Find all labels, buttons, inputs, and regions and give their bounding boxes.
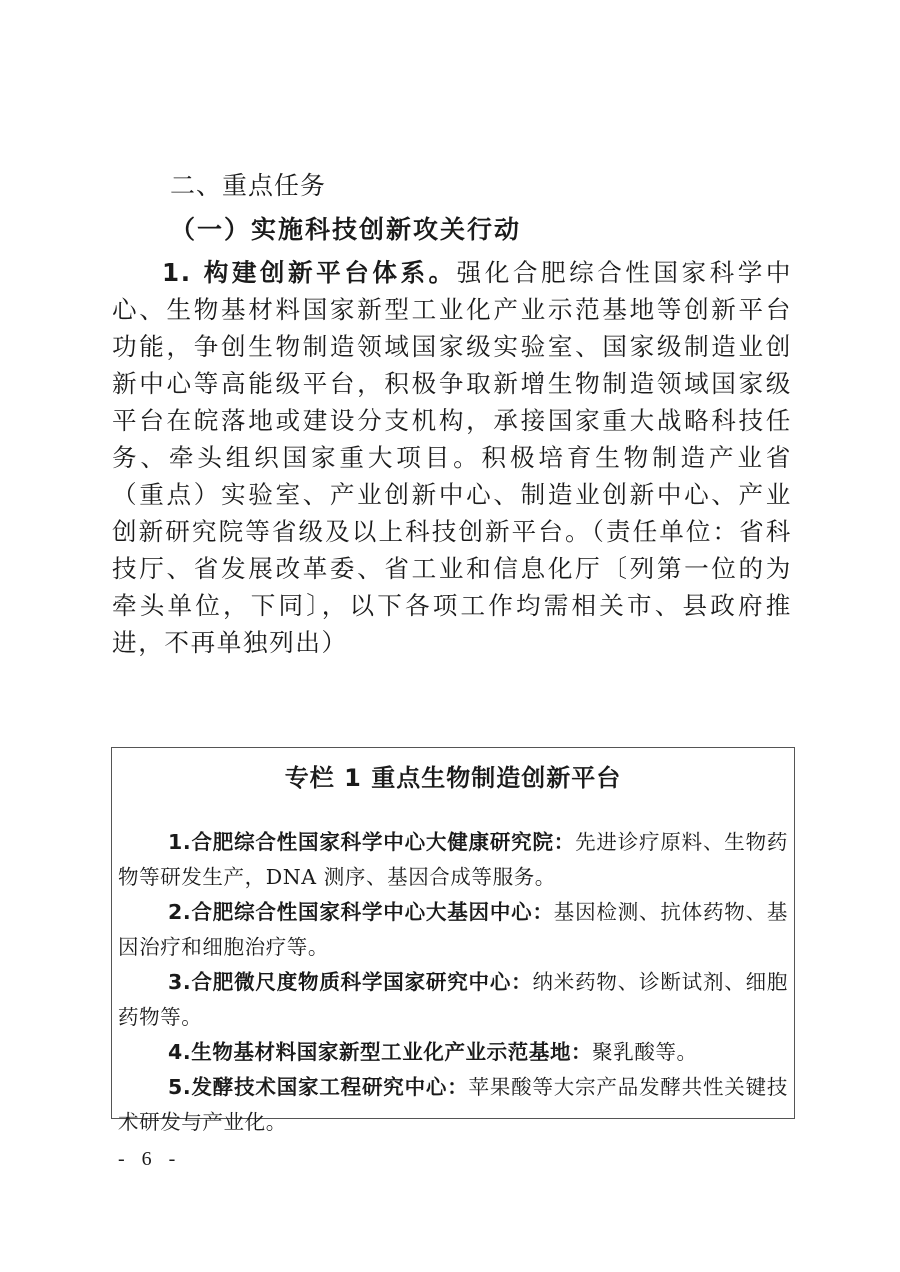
- page-number: - 6 -: [118, 1148, 181, 1171]
- box-title: 专栏 1 重点生物制造创新平台: [112, 758, 794, 793]
- box-item: 5.发酵技术国家工程研究中心：苹果酸等大宗产品发酵共性关键技术研发与产业化。: [118, 1070, 788, 1140]
- box-item-name: 5.发酵技术国家工程研究中心：: [168, 1075, 469, 1099]
- box-item: 1.合肥综合性国家科学中心大健康研究院：先进诊疗原料、生物药物等研发生产，DNA…: [118, 825, 788, 895]
- box-item-name: 4.生物基材料国家新型工业化产业示范基地：: [168, 1040, 592, 1064]
- paragraph-text: 强化合肥综合性国家科学中心、生物基材料国家新型工业化产业示范基地等创新平台功能，…: [112, 258, 792, 657]
- box-item-desc: 聚乳酸等。: [592, 1040, 698, 1064]
- paragraph-platform-system: 1. 构建创新平台体系。强化合肥综合性国家科学中心、生物基材料国家新型工业化产业…: [112, 254, 792, 661]
- paragraph-lead: 1. 构建创新平台体系。: [162, 258, 457, 287]
- document-page: 二、重点任务 （一）实施科技创新攻关行动 1. 构建创新平台体系。强化合肥综合性…: [0, 0, 900, 1272]
- box-item-name: 3.合肥微尺度物质科学国家研究中心：: [168, 970, 532, 994]
- box-item: 4.生物基材料国家新型工业化产业示范基地：聚乳酸等。: [118, 1035, 788, 1070]
- box-item-name: 2.合肥综合性国家科学中心大基因中心：: [168, 900, 554, 924]
- box-item: 3.合肥微尺度物质科学国家研究中心：纳米药物、诊断试剂、细胞药物等。: [118, 965, 788, 1035]
- box-item-list: 1.合肥综合性国家科学中心大健康研究院：先进诊疗原料、生物药物等研发生产，DNA…: [118, 825, 788, 1140]
- column-box-innovation-platforms: 专栏 1 重点生物制造创新平台 1.合肥综合性国家科学中心大健康研究院：先进诊疗…: [111, 747, 795, 1119]
- subsection-heading: （一）实施科技创新攻关行动: [170, 210, 521, 246]
- section-heading: 二、重点任务: [170, 166, 326, 202]
- box-item-name: 1.合肥综合性国家科学中心大健康研究院：: [168, 830, 575, 854]
- box-item: 2.合肥综合性国家科学中心大基因中心：基因检测、抗体药物、基因治疗和细胞治疗等。: [118, 895, 788, 965]
